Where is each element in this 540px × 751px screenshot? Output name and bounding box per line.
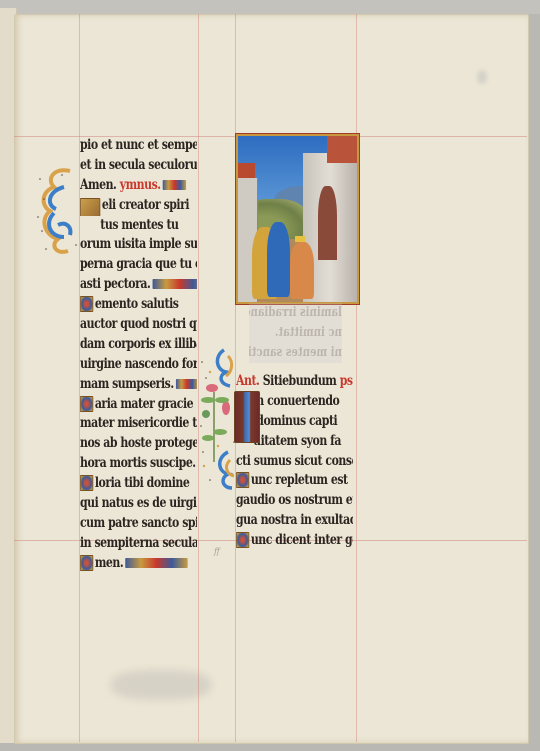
line-text: cum patre sancto spiritu [80, 515, 197, 531]
text-line: aria mater gracie [80, 395, 197, 415]
left-text-column: pio et nunc et semper et in secula secul… [80, 136, 200, 574]
text-line: men. [80, 554, 197, 574]
line-text: pio et nunc et semper [80, 137, 197, 153]
rubric: ps. cxxv. [340, 373, 353, 389]
text-line: Ant. Sitiebundum ps. cxxv. [236, 372, 353, 392]
text-line: cum patre sancto spiritu [80, 514, 197, 534]
text-line: unc dicent inter ge [236, 531, 353, 551]
line-text: auctor quod nostri quon [80, 316, 197, 332]
miniature-painting [236, 134, 359, 304]
line-text: tus mentes tu [100, 217, 178, 233]
line-text: qui natus es de uirgi [80, 495, 197, 511]
page-stain [477, 70, 487, 84]
line-text: in sempiterna secula. [80, 535, 197, 551]
line-text: uitatem syon fa [253, 433, 341, 449]
line-filler-ornament [163, 180, 186, 190]
text-line: auctor quod nostri quon [80, 315, 197, 335]
illuminated-initial [80, 396, 93, 412]
rubric: Ant. [236, 373, 259, 389]
line-text: et in secula seculorum. [80, 157, 197, 173]
text-line: uirgine nascendo for [80, 355, 197, 375]
bleed-line: laminis irradiano [249, 303, 342, 323]
text-line: Amen. ymnus. [80, 176, 197, 196]
text-line: et in secula seculorum. [80, 156, 197, 176]
crown-icon [295, 236, 305, 243]
line-text: hora mortis suscipe. [80, 455, 196, 471]
figure-kneeling-king [290, 242, 314, 298]
line-text: mater misericordie tu [80, 415, 197, 431]
line-filler-ornament [176, 379, 197, 389]
line-text: uirgine nascendo for [80, 356, 197, 372]
line-text: aria mater gracie [95, 396, 193, 412]
line-text: unc repletum est [251, 472, 348, 488]
text-line: orum uisita imple su [80, 235, 197, 255]
text-line: tus mentes tu [80, 216, 197, 236]
text-line: asti pectora. [80, 275, 197, 295]
bleed-line: nc inmittat. [249, 323, 342, 343]
bleed-through-text: laminis irradiano nc inmittat. ni mentes… [249, 303, 342, 363]
text-line: unc repletum est [236, 471, 353, 491]
line-text: asti pectora. [80, 276, 150, 292]
line-text: n conuertendo [256, 393, 339, 409]
text-line: mater misericordie tu [80, 414, 197, 434]
line-text: mam sumpseris. [80, 376, 174, 392]
line-text: Amen. [80, 177, 116, 193]
illuminated-initial [80, 198, 100, 216]
illuminated-initial [80, 555, 93, 571]
text-line: mam sumpseris. [80, 375, 197, 395]
illuminated-initial [80, 475, 93, 491]
line-text: nos ab hoste protege et [80, 435, 197, 451]
illuminated-initial [236, 532, 249, 548]
text-line: dam corporis ex illibata [80, 335, 197, 355]
text-line: eli creator spiri [80, 196, 197, 216]
line-text: perna gracia que tu cr [80, 256, 197, 272]
bleed-line: ni mentes sancti [249, 343, 342, 363]
rubric: ymnus. [120, 177, 161, 193]
text-line: qui natus es de uirgi [80, 494, 197, 514]
text-line: hora mortis suscipe. [80, 454, 197, 474]
marginal-flower-flourish-icon [198, 342, 238, 492]
text-line: cti sumus sicut consolati. [236, 452, 353, 472]
line-filler-ornament [153, 279, 197, 289]
text-line: pio et nunc et semper [80, 136, 197, 156]
line-text: orum uisita imple su [80, 236, 197, 252]
folio-mark: ff [214, 547, 220, 556]
text-line: emento salutis [80, 295, 197, 315]
line-text: Sitiebundum [263, 373, 337, 389]
line-text: cti sumus sicut consolati. [236, 453, 353, 469]
line-text: dominus capti [256, 413, 337, 429]
line-text: emento salutis [95, 296, 179, 312]
line-text: eli creator spiri [102, 197, 189, 213]
illuminated-initial [80, 296, 93, 312]
miniature-chapel-roof [327, 136, 357, 163]
page-stain [111, 670, 211, 700]
miniature-chapel-door [318, 186, 337, 261]
text-line: gua nostra in exultacione. [236, 511, 353, 531]
text-line: perna gracia que tu cr [80, 255, 197, 275]
line-text: gua nostra in exultacione. [236, 512, 353, 528]
line-text: dam corporis ex illibata [80, 336, 197, 352]
line-filler-ornament [126, 558, 188, 568]
illuminated-initial-large [234, 391, 260, 443]
text-line: in sempiterna secula. [80, 534, 197, 554]
line-text: loria tibi domine [95, 475, 190, 491]
viewer-backdrop [0, 0, 540, 14]
text-line: gaudio os nostrum et lin [236, 491, 353, 511]
line-text: gaudio os nostrum et lin [236, 492, 353, 508]
line-text: unc dicent inter ge [251, 532, 353, 548]
text-line: nos ab hoste protege et [80, 434, 197, 454]
line-text: men. [95, 555, 123, 571]
illuminated-initial [236, 472, 249, 488]
text-line: loria tibi domine [80, 474, 197, 494]
figure-blue-robe [267, 222, 291, 297]
marginal-flourish-icon [36, 165, 82, 257]
